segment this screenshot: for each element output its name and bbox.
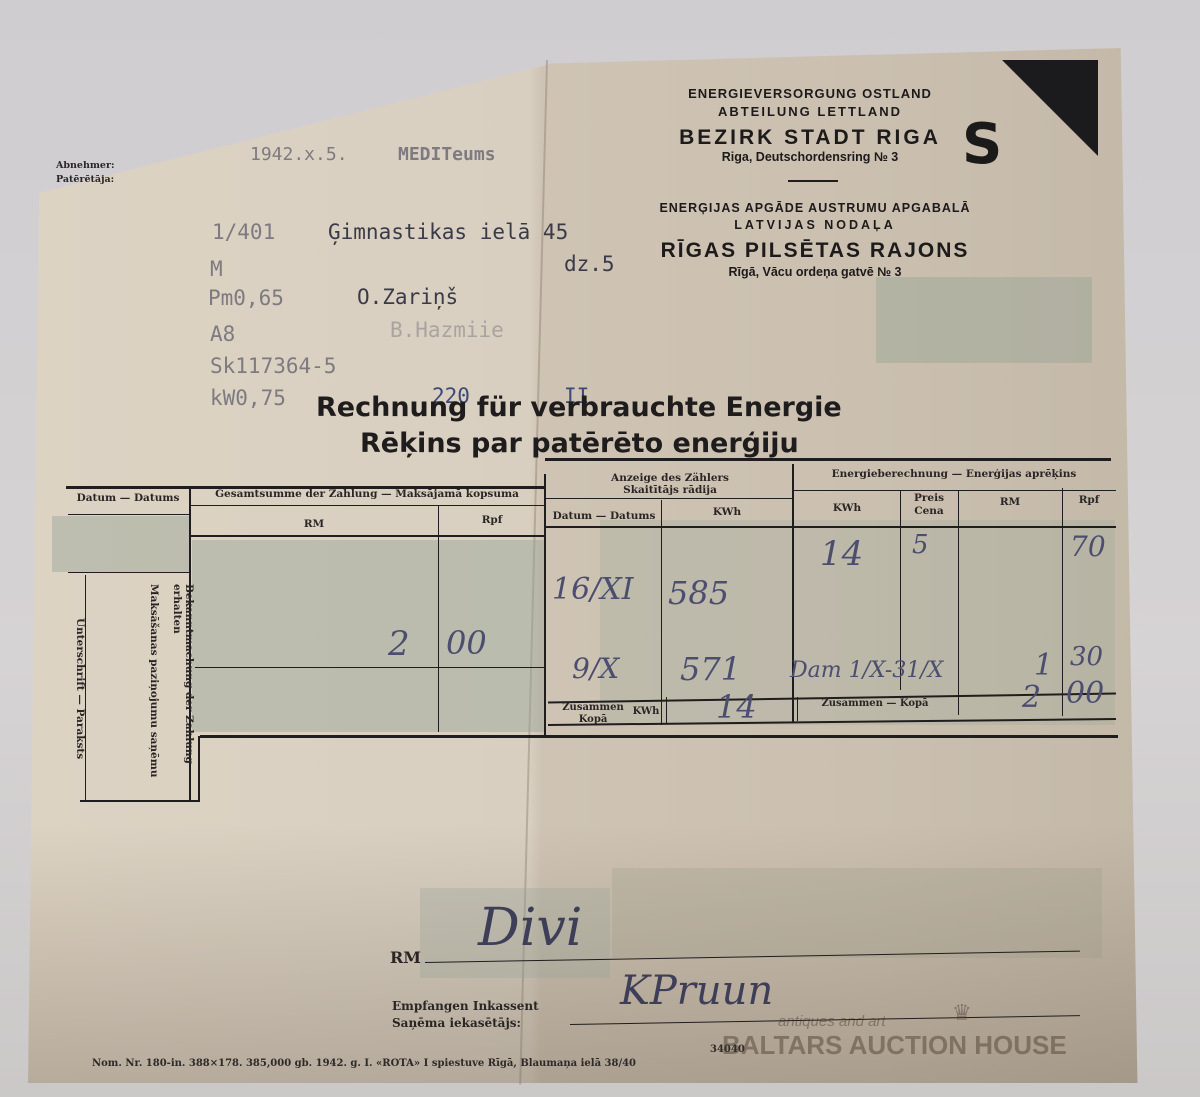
sum-label-lv: Kopā [556,714,630,725]
col-divider [1062,488,1063,716]
reading1-kwh: 585 [668,574,729,612]
meter-number: Sk117364-5 [210,354,336,378]
header-de-line2: ABTEILUNG LETTLAND [640,104,980,119]
row-divider [80,800,200,802]
row-divider [546,498,792,499]
rate-kw: kW0,75 [210,386,286,410]
address-window-box [876,277,1092,363]
total-rm-value: 2 [388,624,410,664]
collector-signature: KPruun [620,968,773,1014]
receipt-shaded-box-right [612,868,1102,958]
received-label-lv: Saņēma iekasētājs: [392,1016,521,1030]
row-divider [546,526,1116,528]
calc-period-note: Dam 1/X-31/X [790,658,943,683]
title-de: Rechnung für verbrauchte Energie [316,392,842,423]
table-bottom-border [200,735,1118,738]
calc-price-value: 5 [912,530,929,560]
date-cell-shaded [52,516,189,572]
signature-label: Unterschrift — Paraksts [74,618,86,778]
col-header-calc: Energieberechnung — Enerģijas aprēķins [794,468,1114,480]
district-letter: S [962,112,1002,177]
row-divider [195,667,545,668]
receipt-rm-label: RM [390,948,421,967]
header-de-line1: ENERGIEVERSORGUNG OSTLAND [640,86,980,101]
reading1-date: 16/XI [552,572,634,607]
code-m: M [210,257,223,281]
watermark-crown-icon: ♛ [952,1000,972,1026]
col-header-calc-rpf: Rpf [1062,494,1116,506]
consumer-label-de: Abnehmer: [56,160,114,171]
consumer-label-lv: Patērētāja: [56,174,114,185]
row-divider [68,572,189,573]
row-divider [794,490,1116,491]
col-divider [438,506,439,732]
col-header-meter: Anzeige des Zählers [548,472,792,484]
sum-rpf-value: 00 [1066,676,1104,711]
reading2-kwh: 571 [680,650,741,688]
col-header-total: Gesamtsumme der Zahlung — Maksājamā kops… [192,488,542,500]
calc-rpf2-value: 30 [1070,642,1103,672]
consumer-name: O.Zariņš [357,285,458,309]
col-header-rm: RM [192,518,436,530]
col-header-cena: Cena [900,505,958,517]
col-divider [797,697,798,721]
col-divider [544,474,546,736]
col-divider [666,697,667,723]
title-lv: Rēķins par patērēto enerģiju [360,428,799,459]
col-header-meter-date: Datum — Datums [548,510,660,522]
col-divider [958,490,959,715]
calc-kwh-value: 14 [820,534,863,574]
calc-rpf1-value: 70 [1070,530,1106,563]
row-divider [190,535,544,537]
col-header-meter-lv: Skaitītājs rādija [548,484,792,496]
header-divider [788,180,838,182]
watermark-tagline: antiques and art [778,1013,886,1030]
row-divider [190,505,544,506]
col-header-calc-rm: RM [958,496,1062,508]
total-rpf-value: 00 [446,624,487,662]
sum-kwh-value: 14 [716,688,757,726]
account-number: 1/401 [212,220,275,244]
table-top-border-right [545,458,1111,461]
print-info: Nom. Nr. 180-in. 388×178. 385,000 gb. 19… [92,1058,636,1069]
stamp-date: 1942.x.5. [250,144,348,165]
received-label-de: Empfangen Inkassent [392,999,539,1013]
reading2-date: 9/X [572,652,619,685]
col-divider [198,736,200,802]
consumer-address: Ģimnastikas ielā 45 [328,220,568,244]
header-lv-line1: ENERĢIJAS APGĀDE AUSTRUMU APGABALĀ [630,201,1000,215]
sum-kwh-unit: KWh [628,706,664,717]
header-de-address: Riga, Deutschordensring № 3 [640,150,980,164]
corner-triangle-mark [1002,60,1098,156]
col-divider [661,500,662,725]
col-header-rpf: Rpf [440,514,544,526]
row-divider [68,514,189,515]
header-lv-line3: RĪGAS PILSĒTAS RAJONS [630,239,1000,263]
rm-amount-written: Divi [478,898,582,958]
sum-label-2: Zusammen — Kopā [800,698,950,709]
stamp-word: MEDITeums [398,144,496,165]
col-header-meter-kwh: KWh [662,506,792,518]
watermark-name: BALTARS AUCTION HOUSE [722,1030,1067,1061]
consumer-name-faded: B.Hazmiie [390,318,504,342]
header-lv-line2: LATVIJAS NODAĻA [630,218,1000,232]
total-cell-shaded [192,540,544,732]
side-text-de: Bekanntmachung der Zahlung erhalten [171,584,195,794]
sum-rm-value: 2 [1022,680,1041,715]
sum-label: Zusammen [556,702,630,713]
side-text-lv: Maksāšanas paziņojumu saņēmu [148,584,160,794]
col-header-date: Datum — Datums [68,492,188,504]
header-de-line3: BEZIRK STADT RIGA [640,126,980,150]
calc-rm2-value: 1 [1034,648,1053,683]
col-header-calc-kwh: KWh [794,502,900,514]
rate-pm: Pm0,65 [208,286,284,310]
col-header-preis: Preis [900,492,958,504]
code-a8: A8 [210,322,235,346]
apartment-number: dz.5 [564,252,615,276]
